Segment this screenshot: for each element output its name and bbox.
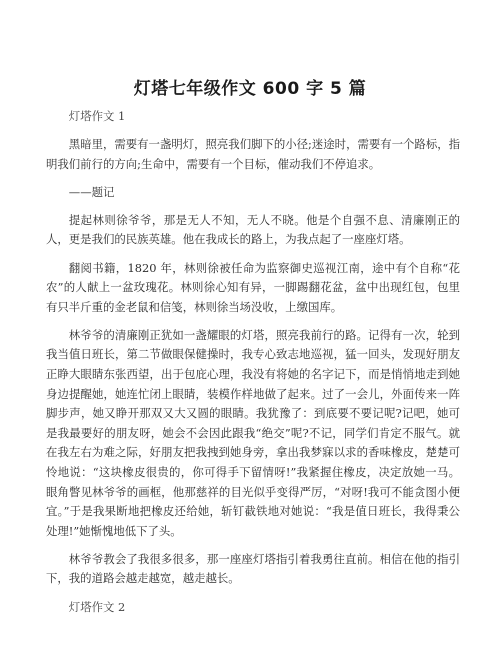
document-page: 灯塔七年级作文 600 字 5 篇 灯塔作文 1 黑暗里，需要有一盏明灯，照亮我…	[0, 0, 500, 647]
epigraph: 黑暗里，需要有一盏明灯，照亮我们脚下的小径;迷途时，需要有一个路标，指明我们前行…	[46, 135, 460, 174]
document-title: 灯塔七年级作文 600 字 5 篇	[0, 74, 500, 99]
paragraph: 翻阅书籍，1820 年，林则徐被任命为监察御史巡视江南，途中有个自称“花农”的人…	[46, 259, 460, 318]
epigraph-signature: ——题记	[46, 183, 460, 203]
paragraph: 提起林则徐爷爷，那是无人不知，无人不晓。他是个自强不息、清廉刚正的人，更是我们的…	[46, 211, 460, 250]
paragraph: 林爷爷的清廉刚正犹如一盏耀眼的灯塔，照亮我前行的路。记得有一次，轮到我当值日班长…	[46, 326, 460, 542]
section-heading-1: 灯塔作文 1	[46, 107, 460, 127]
document-body: 灯塔作文 1 黑暗里，需要有一盏明灯，照亮我们脚下的小径;迷途时，需要有一个路标…	[46, 107, 460, 626]
paragraph: 林爷爷教会了我很多很多，那一座座灯塔指引着我勇往直前。相信在他的指引下，我的道路…	[46, 550, 460, 589]
section-heading-2: 灯塔作文 2	[46, 598, 460, 618]
